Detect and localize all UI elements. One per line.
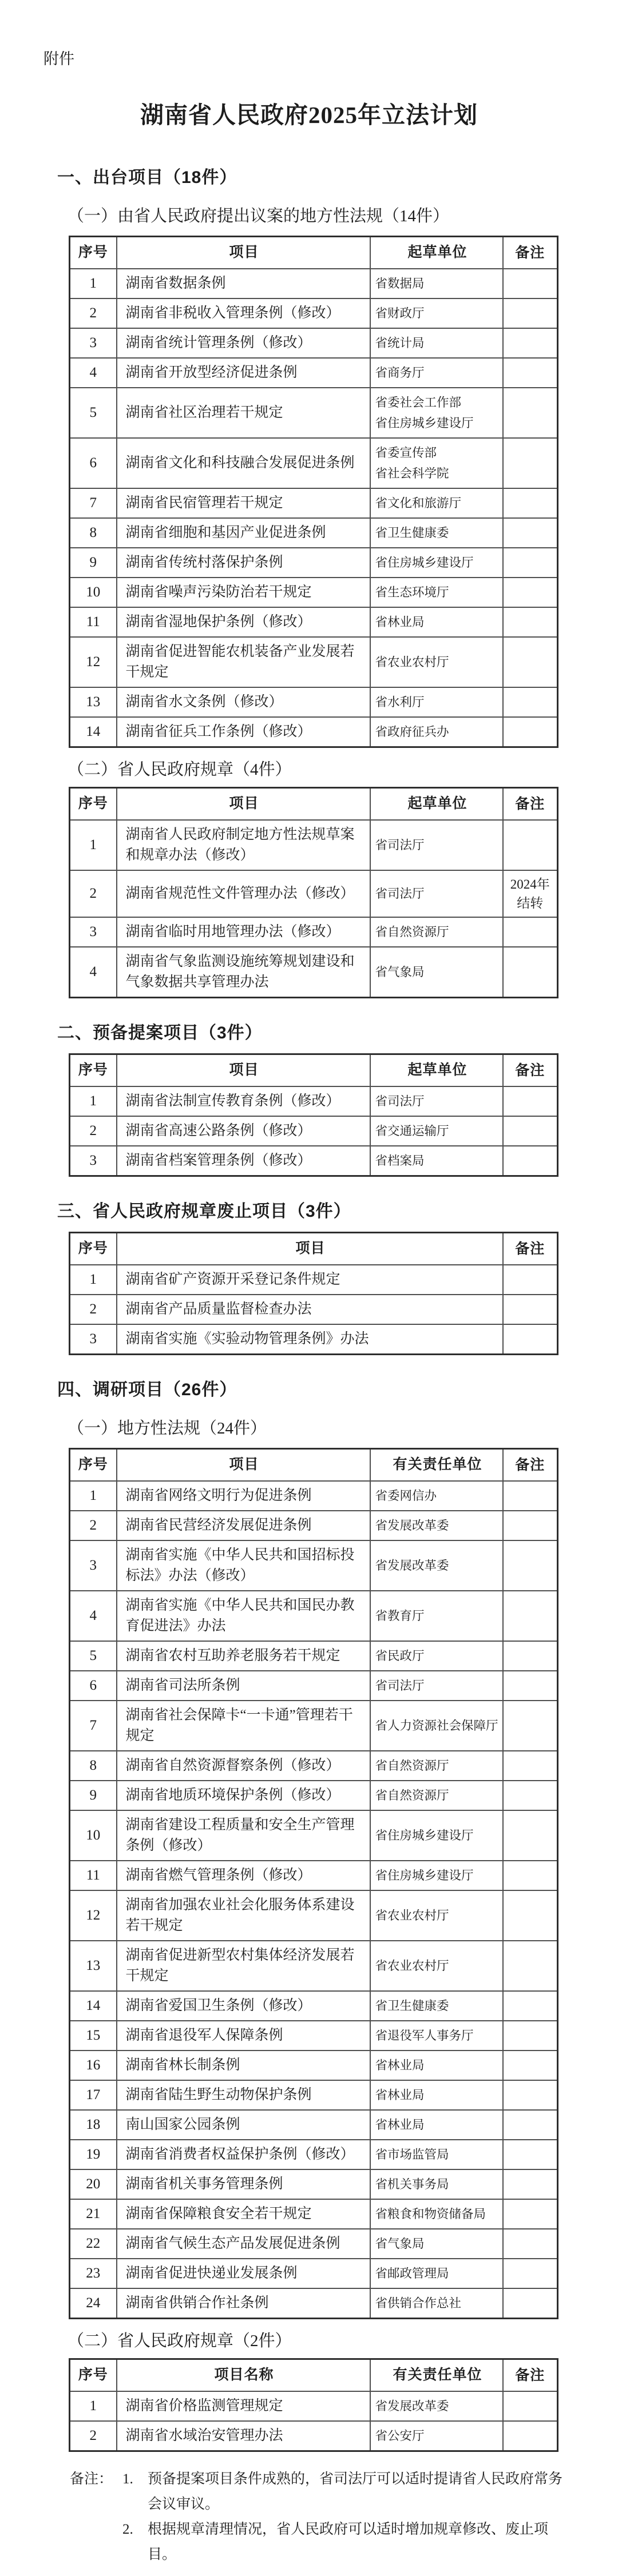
unit-cell: 省林业局 (370, 2110, 503, 2140)
table-row: 16湖南省林长制条例省林业局 (70, 2051, 558, 2080)
no-cell: 9 (70, 1781, 117, 1810)
table-rules-to-repeal: 序号项目备注1湖南省矿产资源开采登记条件规定2湖南省产品质量监督检查办法3湖南省… (69, 1232, 558, 1355)
unit-cell: 省委社会工作部 省住房城乡建设厅 (370, 388, 503, 438)
project-cell: 湖南省民宿管理若干规定 (117, 488, 370, 518)
table-row: 8湖南省细胞和基因产业促进条例省卫生健康委 (70, 518, 558, 548)
no-cell: 1 (70, 1265, 117, 1295)
no-cell: 3 (70, 1146, 117, 1176)
project-cell: 湖南省自然资源督察条例（修改） (117, 1751, 370, 1781)
remark-cell (503, 1086, 558, 1116)
no-cell: 6 (70, 438, 117, 488)
column-header-no: 序号 (70, 1233, 117, 1265)
unit-cell: 省政府征兵办 (370, 717, 503, 747)
no-cell: 1 (70, 2391, 117, 2421)
column-header-unit: 有关责任单位 (370, 1449, 503, 1482)
no-cell: 21 (70, 2199, 117, 2229)
remark-cell (503, 518, 558, 548)
table-reserve-proposal-projects: 序号项目起草单位备注1湖南省法制宣传教育条例（修改）省司法厅2湖南省高速公路条例… (69, 1053, 558, 1177)
remark-cell (503, 1540, 558, 1591)
unit-cell: 省委宣传部 省社会科学院 (370, 438, 503, 488)
project-cell: 湖南省促进新型农村集体经济发展若干规定 (117, 1941, 370, 1991)
no-cell: 15 (70, 2021, 117, 2051)
table-row: 10湖南省噪声污染防治若干规定省生态环境厅 (70, 578, 558, 607)
remark-cell (503, 2229, 558, 2259)
unit-cell: 省卫生健康委 (370, 518, 503, 548)
table-row: 3湖南省档案管理条例（修改）省档案局 (70, 1146, 558, 1176)
section-heading-2: 二、预备提案项目（3件） (57, 1022, 618, 1044)
remark-cell (503, 1146, 558, 1176)
remark-cell (503, 1810, 558, 1861)
project-cell: 湖南省临时用地管理办法（修改） (117, 917, 370, 947)
no-cell: 12 (70, 1890, 117, 1941)
project-cell: 湖南省消费者权益保护条例（修改） (117, 2140, 370, 2169)
no-cell: 17 (70, 2080, 117, 2110)
remark-cell (503, 298, 558, 328)
no-cell: 11 (70, 1861, 117, 1890)
no-cell: 14 (70, 1991, 117, 2021)
table-row: 1湖南省价格监测管理规定省发展改革委 (70, 2391, 558, 2421)
no-cell: 1 (70, 269, 117, 298)
project-cell: 湖南省气象监测设施统筹规划建设和气象数据共享管理办法 (117, 947, 370, 998)
table-row: 6湖南省文化和科技融合发展促进条例省委宣传部 省社会科学院 (70, 438, 558, 488)
table-row: 20湖南省机关事务管理条例省机关事务局 (70, 2169, 558, 2199)
project-cell: 湖南省民营经济发展促进条例 (117, 1511, 370, 1540)
table-row: 6湖南省司法所条例省司法厅 (70, 1671, 558, 1701)
project-cell: 湖南省促进智能农机装备产业发展若干规定 (117, 637, 370, 687)
column-header-project: 项目 (117, 1449, 370, 1482)
no-cell: 2 (70, 2421, 117, 2451)
table-row: 17湖南省陆生野生动物保护条例省林业局 (70, 2080, 558, 2110)
project-cell: 湖南省文化和科技融合发展促进条例 (117, 438, 370, 488)
remark-cell (503, 1116, 558, 1146)
project-cell: 湖南省开放型经济促进条例 (117, 358, 370, 388)
no-cell: 1 (70, 820, 117, 870)
remark-cell (503, 1591, 558, 1641)
column-header-no: 序号 (70, 1449, 117, 1482)
table-provincial-government-rules: 序号项目起草单位备注1湖南省人民政府制定地方性法规草案和规章办法（修改）省司法厅… (69, 787, 558, 998)
table-row: 1湖南省网络文明行为促进条例省委网信办 (70, 1481, 558, 1511)
section-heading-4: 四、调研项目（26件） (57, 1379, 618, 1401)
column-header-project: 项目 (117, 788, 370, 821)
attachment-label: 附件 (43, 49, 618, 69)
table-row: 11湖南省燃气管理条例（修改）省住房城乡建设厅 (70, 1861, 558, 1890)
table-row: 2湖南省高速公路条例（修改）省交通运输厅 (70, 1116, 558, 1146)
project-cell: 湖南省网络文明行为促进条例 (117, 1481, 370, 1511)
project-cell: 湖南省建设工程质量和安全生产管理条例（修改） (117, 1810, 370, 1861)
project-cell: 湖南省价格监测管理规定 (117, 2391, 370, 2421)
remark-cell (503, 388, 558, 438)
table-row: 5湖南省社区治理若干规定省委社会工作部 省住房城乡建设厅 (70, 388, 558, 438)
table-row: 10湖南省建设工程质量和安全生产管理条例（修改）省住房城乡建设厅 (70, 1810, 558, 1861)
unit-cell: 省发展改革委 (370, 2391, 503, 2421)
footnote-item: 1.预备提案项目条件成熟的，省司法厅可以适时提请省人民政府常务会议审议。 (122, 2467, 565, 2517)
remark-cell (503, 2288, 558, 2319)
table-row: 2湖南省规范性文件管理办法（修改）省司法厅2024年 结转 (70, 870, 558, 917)
project-cell: 湖南省噪声污染防治若干规定 (117, 578, 370, 607)
project-cell: 南山国家公园条例 (117, 2110, 370, 2140)
remark-cell (503, 1890, 558, 1941)
no-cell: 3 (70, 328, 117, 358)
remark-cell (503, 438, 558, 488)
no-cell: 5 (70, 1641, 117, 1671)
unit-cell: 省人力资源社会保障厅 (370, 1701, 503, 1751)
remark-cell (503, 717, 558, 747)
table-header-row: 序号项目有关责任单位备注 (70, 1449, 558, 1482)
section-heading-3: 三、省人民政府规章废止项目（3件） (57, 1201, 618, 1223)
column-header-project: 项目 (117, 1054, 370, 1087)
no-cell: 4 (70, 1591, 117, 1641)
table-row: 1湖南省法制宣传教育条例（修改）省司法厅 (70, 1086, 558, 1116)
table-row: 9湖南省传统村落保护条例省住房城乡建设厅 (70, 548, 558, 578)
unit-cell: 省生态环境厅 (370, 578, 503, 607)
remark-cell (503, 2169, 558, 2199)
remark-cell (503, 1701, 558, 1751)
unit-cell: 省退役军人事务厅 (370, 2021, 503, 2051)
unit-cell: 省司法厅 (370, 820, 503, 870)
no-cell: 24 (70, 2288, 117, 2319)
table-header-row: 序号项目起草单位备注 (70, 1054, 558, 1087)
table-row: 14湖南省征兵工作条例（修改）省政府征兵办 (70, 717, 558, 747)
project-cell: 湖南省林长制条例 (117, 2051, 370, 2080)
column-header-unit: 起草单位 (370, 237, 503, 269)
no-cell: 7 (70, 488, 117, 518)
table-header-row: 序号项目备注 (70, 1233, 558, 1265)
project-cell: 湖南省水域治安管理办法 (117, 2421, 370, 2451)
no-cell: 2 (70, 1295, 117, 1324)
no-cell: 7 (70, 1701, 117, 1751)
remark-cell (503, 1265, 558, 1295)
project-cell: 湖南省法制宣传教育条例（修改） (117, 1086, 370, 1116)
remark-cell (503, 578, 558, 607)
table-research-local-regulations: 序号项目有关责任单位备注1湖南省网络文明行为促进条例省委网信办2湖南省民营经济发… (69, 1448, 558, 2319)
project-cell: 湖南省加强农业社会化服务体系建设若干规定 (117, 1890, 370, 1941)
no-cell: 10 (70, 1810, 117, 1861)
unit-cell: 省气象局 (370, 947, 503, 998)
unit-cell: 省农业农村厅 (370, 1890, 503, 1941)
no-cell: 2 (70, 298, 117, 328)
unit-cell: 省自然资源厅 (370, 1781, 503, 1810)
unit-cell: 省农业农村厅 (370, 1941, 503, 1991)
column-header-no: 序号 (70, 237, 117, 269)
table-row: 7湖南省民宿管理若干规定省文化和旅游厅 (70, 488, 558, 518)
footnote-text: 预备提案项目条件成熟的，省司法厅可以适时提请省人民政府常务会议审议。 (148, 2467, 565, 2517)
no-cell: 2 (70, 870, 117, 917)
project-cell: 湖南省矿产资源开采登记条件规定 (117, 1265, 503, 1295)
table-row: 5湖南省农村互助养老服务若干规定省民政厅 (70, 1641, 558, 1671)
table-local-regulations-proposed: 序号项目起草单位备注1湖南省数据条例省数据局2湖南省非税收入管理条例（修改）省财… (69, 236, 558, 748)
unit-cell: 省林业局 (370, 2080, 503, 2110)
unit-cell: 省自然资源厅 (370, 1751, 503, 1781)
table-row: 8湖南省自然资源督察条例（修改）省自然资源厅 (70, 1751, 558, 1781)
table-row: 22湖南省气候生态产品发展促进条例省气象局 (70, 2229, 558, 2259)
column-header-remark: 备注 (503, 1233, 558, 1265)
project-cell: 湖南省实施《中华人民共和国民办教育促进法》办法 (117, 1591, 370, 1641)
remark-cell (503, 1324, 558, 1355)
footnote-text: 根据规章清理情况，省人民政府可以适时增加规章修改、废止项目。 (148, 2517, 565, 2567)
remark-cell (503, 269, 558, 298)
project-cell: 湖南省社会保障卡“一卡通”管理若干规定 (117, 1701, 370, 1751)
unit-cell: 省供销合作总社 (370, 2288, 503, 2319)
unit-cell: 省住房城乡建设厅 (370, 1810, 503, 1861)
unit-cell: 省气象局 (370, 2229, 503, 2259)
remark-cell (503, 2110, 558, 2140)
unit-cell: 省邮政管理局 (370, 2259, 503, 2288)
remark-cell: 2024年 结转 (503, 870, 558, 917)
project-cell: 湖南省数据条例 (117, 269, 370, 298)
table-row: 4湖南省开放型经济促进条例省商务厅 (70, 358, 558, 388)
unit-cell: 省发展改革委 (370, 1511, 503, 1540)
table-row: 13湖南省促进新型农村集体经济发展若干规定省农业农村厅 (70, 1941, 558, 1991)
unit-cell: 省卫生健康委 (370, 1991, 503, 2021)
table-row: 4湖南省气象监测设施统筹规划建设和气象数据共享管理办法省气象局 (70, 947, 558, 998)
project-cell: 湖南省实施《中华人民共和国招标投标法》办法（修改） (117, 1540, 370, 1591)
column-header-remark: 备注 (503, 1449, 558, 1482)
table-header-row: 序号项目起草单位备注 (70, 237, 558, 269)
unit-cell: 省交通运输厅 (370, 1116, 503, 1146)
remark-cell (503, 2051, 558, 2080)
remark-cell (503, 1941, 558, 1991)
project-cell: 湖南省水文条例（修改） (117, 687, 370, 717)
table-row: 4湖南省实施《中华人民共和国民办教育促进法》办法省教育厅 (70, 1591, 558, 1641)
unit-cell: 省司法厅 (370, 1671, 503, 1701)
table-row: 19湖南省消费者权益保护条例（修改）省市场监管局 (70, 2140, 558, 2169)
table-row: 2湖南省水域治安管理办法省公安厅 (70, 2421, 558, 2451)
remark-cell (503, 548, 558, 578)
unit-cell: 省林业局 (370, 2051, 503, 2080)
footnote-list: 1.预备提案项目条件成熟的，省司法厅可以适时提请省人民政府常务会议审议。2.根据… (122, 2467, 565, 2567)
unit-cell: 省林业局 (370, 607, 503, 637)
remark-cell (503, 820, 558, 870)
table-row: 13湖南省水文条例（修改）省水利厅 (70, 687, 558, 717)
unit-cell: 省司法厅 (370, 870, 503, 917)
project-cell: 湖南省气候生态产品发展促进条例 (117, 2229, 370, 2259)
subsection-heading-4-1: （一）地方性法规（24件） (68, 1418, 618, 1439)
project-cell: 湖南省规范性文件管理办法（修改） (117, 870, 370, 917)
no-cell: 2 (70, 1511, 117, 1540)
project-cell: 湖南省燃气管理条例（修改） (117, 1861, 370, 1890)
footnote-item: 2.根据规章清理情况，省人民政府可以适时增加规章修改、废止项目。 (122, 2517, 565, 2567)
column-header-no: 序号 (70, 788, 117, 821)
remark-cell (503, 687, 558, 717)
remark-cell (503, 2199, 558, 2229)
no-cell: 16 (70, 2051, 117, 2080)
no-cell: 14 (70, 717, 117, 747)
remark-cell (503, 1295, 558, 1324)
table-row: 2湖南省民营经济发展促进条例省发展改革委 (70, 1511, 558, 1540)
unit-cell: 省文化和旅游厅 (370, 488, 503, 518)
table-row: 3湖南省统计管理条例（修改）省统计局 (70, 328, 558, 358)
table-row: 3湖南省实施《中华人民共和国招标投标法》办法（修改）省发展改革委 (70, 1540, 558, 1591)
unit-cell: 省数据局 (370, 269, 503, 298)
project-cell: 湖南省保障粮食安全若干规定 (117, 2199, 370, 2229)
table-row: 21湖南省保障粮食安全若干规定省粮食和物资储备局 (70, 2199, 558, 2229)
column-header-project: 项目名称 (117, 2359, 370, 2392)
section-heading-1: 一、出台项目（18件） (57, 167, 618, 189)
project-cell: 湖南省供销合作社条例 (117, 2288, 370, 2319)
remark-cell (503, 1751, 558, 1781)
column-header-remark: 备注 (503, 237, 558, 269)
unit-cell: 省住房城乡建设厅 (370, 1861, 503, 1890)
remark-cell (503, 637, 558, 687)
column-header-project: 项目 (117, 1233, 503, 1265)
unit-cell: 省教育厅 (370, 1591, 503, 1641)
project-cell: 湖南省征兵工作条例（修改） (117, 717, 370, 747)
project-cell: 湖南省产品质量监督检查办法 (117, 1295, 503, 1324)
table-row: 14湖南省爱国卫生条例（修改）省卫生健康委 (70, 1991, 558, 2021)
column-header-project: 项目 (117, 237, 370, 269)
remark-cell (503, 947, 558, 998)
remark-cell (503, 2080, 558, 2110)
project-cell: 湖南省社区治理若干规定 (117, 388, 370, 438)
table-row: 7湖南省社会保障卡“一卡通”管理若干规定省人力资源社会保障厅 (70, 1701, 558, 1751)
project-cell: 湖南省机关事务管理条例 (117, 2169, 370, 2199)
no-cell: 1 (70, 1481, 117, 1511)
table-row: 1湖南省人民政府制定地方性法规草案和规章办法（修改）省司法厅 (70, 820, 558, 870)
project-cell: 湖南省传统村落保护条例 (117, 548, 370, 578)
project-cell: 湖南省档案管理条例（修改） (117, 1146, 370, 1176)
table-row: 9湖南省地质环境保护条例（修改）省自然资源厅 (70, 1781, 558, 1810)
table-row: 11湖南省湿地保护条例（修改）省林业局 (70, 607, 558, 637)
table-row: 18南山国家公园条例省林业局 (70, 2110, 558, 2140)
remark-cell (503, 2421, 558, 2451)
unit-cell: 省住房城乡建设厅 (370, 548, 503, 578)
project-cell: 湖南省高速公路条例（修改） (117, 1116, 370, 1146)
column-header-unit: 起草单位 (370, 1054, 503, 1087)
no-cell: 20 (70, 2169, 117, 2199)
no-cell: 4 (70, 358, 117, 388)
unit-cell: 省机关事务局 (370, 2169, 503, 2199)
project-cell: 湖南省农村互助养老服务若干规定 (117, 1641, 370, 1671)
project-cell: 湖南省爱国卫生条例（修改） (117, 1991, 370, 2021)
table-row: 3湖南省临时用地管理办法（修改）省自然资源厅 (70, 917, 558, 947)
unit-cell: 省司法厅 (370, 1086, 503, 1116)
no-cell: 13 (70, 687, 117, 717)
unit-cell: 省市场监管局 (370, 2140, 503, 2169)
project-cell: 湖南省地质环境保护条例（修改） (117, 1781, 370, 1810)
remark-cell (503, 1481, 558, 1511)
project-cell: 湖南省人民政府制定地方性法规草案和规章办法（修改） (117, 820, 370, 870)
remark-cell (503, 1781, 558, 1810)
no-cell: 12 (70, 637, 117, 687)
subsection-heading-1-2: （二）省人民政府规章（4件） (68, 759, 618, 780)
no-cell: 3 (70, 1324, 117, 1355)
unit-cell: 省统计局 (370, 328, 503, 358)
column-header-unit: 起草单位 (370, 788, 503, 821)
footnote-number: 2. (122, 2517, 148, 2542)
no-cell: 2 (70, 1116, 117, 1146)
project-cell: 湖南省湿地保护条例（修改） (117, 607, 370, 637)
unit-cell: 省财政厅 (370, 298, 503, 328)
unit-cell: 省委网信办 (370, 1481, 503, 1511)
remark-cell (503, 2259, 558, 2288)
no-cell: 3 (70, 917, 117, 947)
no-cell: 10 (70, 578, 117, 607)
no-cell: 6 (70, 1671, 117, 1701)
table-row: 2湖南省产品质量监督检查办法 (70, 1295, 558, 1324)
table-row: 1湖南省矿产资源开采登记条件规定 (70, 1265, 558, 1295)
no-cell: 8 (70, 1751, 117, 1781)
subsection-heading-4-2: （二）省人民政府规章（2件） (68, 2331, 618, 2351)
no-cell: 19 (70, 2140, 117, 2169)
unit-cell: 省农业农村厅 (370, 637, 503, 687)
project-cell: 湖南省陆生野生动物保护条例 (117, 2080, 370, 2110)
remark-cell (503, 1671, 558, 1701)
remark-cell (503, 1511, 558, 1540)
unit-cell: 省民政厅 (370, 1641, 503, 1671)
remark-cell (503, 1991, 558, 2021)
remark-cell (503, 1641, 558, 1671)
footnote-row: 备注： 1.预备提案项目条件成熟的，省司法厅可以适时提请省人民政府常务会议审议。… (70, 2467, 565, 2567)
table-header-row: 序号项目起草单位备注 (70, 788, 558, 821)
unit-cell: 省发展改革委 (370, 1540, 503, 1591)
remark-cell (503, 1861, 558, 1890)
unit-cell: 省水利厅 (370, 687, 503, 717)
no-cell: 8 (70, 518, 117, 548)
column-header-no: 序号 (70, 1054, 117, 1087)
remark-cell (503, 2391, 558, 2421)
table-row: 2湖南省非税收入管理条例（修改）省财政厅 (70, 298, 558, 328)
column-header-remark: 备注 (503, 2359, 558, 2392)
footnote-label: 备注： (70, 2467, 122, 2492)
no-cell: 1 (70, 1086, 117, 1116)
no-cell: 23 (70, 2259, 117, 2288)
no-cell: 11 (70, 607, 117, 637)
remark-cell (503, 328, 558, 358)
table-research-government-rules: 序号项目名称有关责任单位备注1湖南省价格监测管理规定省发展改革委2湖南省水域治安… (69, 2358, 558, 2452)
table-header-row: 序号项目名称有关责任单位备注 (70, 2359, 558, 2392)
no-cell: 5 (70, 388, 117, 438)
column-header-no: 序号 (70, 2359, 117, 2392)
project-cell: 湖南省退役军人保障条例 (117, 2021, 370, 2051)
table-row: 15湖南省退役军人保障条例省退役军人事务厅 (70, 2021, 558, 2051)
table-row: 12湖南省加强农业社会化服务体系建设若干规定省农业农村厅 (70, 1890, 558, 1941)
no-cell: 3 (70, 1540, 117, 1591)
unit-cell: 省档案局 (370, 1146, 503, 1176)
no-cell: 18 (70, 2110, 117, 2140)
unit-cell: 省粮食和物资储备局 (370, 2199, 503, 2229)
unit-cell: 省公安厅 (370, 2421, 503, 2451)
project-cell: 湖南省促进快递业发展条例 (117, 2259, 370, 2288)
project-cell: 湖南省非税收入管理条例（修改） (117, 298, 370, 328)
remark-cell (503, 2021, 558, 2051)
column-header-remark: 备注 (503, 788, 558, 821)
unit-cell: 省商务厅 (370, 358, 503, 388)
table-row: 23湖南省促进快递业发展条例省邮政管理局 (70, 2259, 558, 2288)
remark-cell (503, 2140, 558, 2169)
project-cell: 湖南省实施《实验动物管理条例》办法 (117, 1324, 503, 1355)
project-cell: 湖南省司法所条例 (117, 1671, 370, 1701)
column-header-remark: 备注 (503, 1054, 558, 1087)
no-cell: 9 (70, 548, 117, 578)
document-title: 湖南省人民政府2025年立法计划 (0, 99, 618, 130)
table-row: 1湖南省数据条例省数据局 (70, 269, 558, 298)
column-header-unit: 有关责任单位 (370, 2359, 503, 2392)
no-cell: 13 (70, 1941, 117, 1991)
table-row: 24湖南省供销合作社条例省供销合作总社 (70, 2288, 558, 2319)
no-cell: 22 (70, 2229, 117, 2259)
project-cell: 湖南省细胞和基因产业促进条例 (117, 518, 370, 548)
remark-cell (503, 917, 558, 947)
footnotes: 备注： 1.预备提案项目条件成熟的，省司法厅可以适时提请省人民政府常务会议审议。… (70, 2467, 565, 2567)
unit-cell: 省自然资源厅 (370, 917, 503, 947)
table-row: 12湖南省促进智能农机装备产业发展若干规定省农业农村厅 (70, 637, 558, 687)
project-cell: 湖南省统计管理条例（修改） (117, 328, 370, 358)
remark-cell (503, 607, 558, 637)
footnote-number: 1. (122, 2467, 148, 2492)
document-page: 附件 湖南省人民政府2025年立法计划 一、出台项目（18件） （一）由省人民政… (0, 0, 618, 2576)
remark-cell (503, 358, 558, 388)
remark-cell (503, 488, 558, 518)
